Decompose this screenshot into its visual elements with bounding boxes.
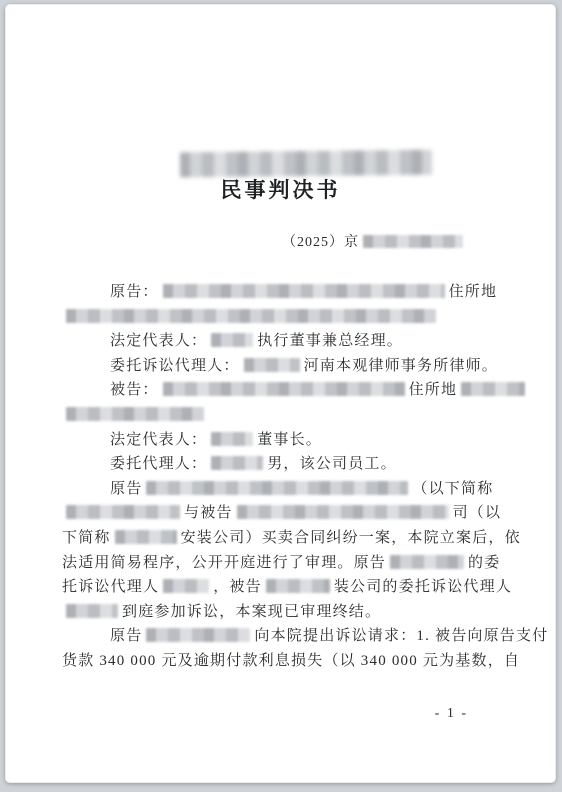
redaction-block [266,579,330,593]
body-text: 法适用简易程序，公开开庭进行了审理。原告 [62,555,386,571]
body-line: 法定代表人：执行董事兼总经理。 [62,329,522,354]
body-text: 原告 [110,628,142,644]
body-text: 货款 340 000 元及逾期付款利息损失（以 340 000 元为基数，自 [62,653,520,669]
body-text: 委托诉讼代理人： [110,358,240,374]
body-text: ，被告 [213,579,262,595]
body-text: 的委 [468,555,500,571]
document-body: 原告：住所地法定代表人：执行董事兼总经理。委托诉讼代理人：河南本观律师事务所律师… [62,280,522,674]
body-line: 到庭参加诉讼，本案现已审理终结。 [62,600,522,625]
body-text: 被告： [110,382,159,398]
body-text: 向本院提出诉讼请求：1. 被告向原告支付 [254,628,548,644]
redaction-block [211,432,253,446]
redaction-block [163,579,209,593]
body-line: 与被告司（以 [62,501,522,526]
body-line: 原告（以下简称 [62,477,522,502]
case-number-redaction [363,235,463,248]
redaction-block [146,481,408,495]
body-line: 委托诉讼代理人：河南本观律师事务所律师。 [62,354,522,379]
body-text: 原告： [110,284,159,300]
body-text: 到庭参加诉讼，本案现已审理终结。 [122,604,381,620]
redaction-block [461,382,525,396]
body-text: 法定代表人： [110,432,207,448]
body-text: 住所地 [449,284,498,300]
body-line: 下简称安装公司）买卖合同纠纷一案，本院立案后，依 [62,526,522,551]
body-line [62,305,522,330]
body-line: 原告向本院提出诉讼请求：1. 被告向原告支付 [62,624,522,649]
body-text: 原告 [110,481,142,497]
redaction-block [66,505,180,519]
body-line: 被告：住所地 [62,378,522,403]
redaction-block [66,407,204,421]
redaction-block [115,530,177,544]
case-number-line: （2025）京 [282,231,467,251]
body-text: 安装公司）买卖合同纠纷一案，本院立案后，依 [181,530,521,546]
redaction-block [66,604,118,618]
redaction-block [237,505,449,519]
body-text: 下简称 [62,530,111,546]
body-line [62,403,522,428]
redaction-block [66,309,436,323]
body-text: （以下简称 [412,481,493,497]
redaction-block [211,456,263,470]
case-number-prefix: （2025）京 [282,235,359,250]
body-text: 法定代表人： [110,333,207,349]
redaction-block [244,358,300,372]
body-line: 托诉讼代理人，被告装公司的委托诉讼代理人 [62,575,522,600]
body-text: 司（以 [453,505,502,521]
body-text: 与被告 [184,505,233,521]
body-text: 托诉讼代理人 [62,579,159,595]
body-line: 法定代表人：董事长。 [62,428,522,453]
scanned-document: 民事判决书 （2025）京 原告：住所地法定代表人：执行董事兼总经理。委托诉讼代… [0,0,562,792]
redaction-block [211,333,253,347]
body-text: 装公司的委托诉讼代理人 [334,579,512,595]
body-text: 董事长。 [257,432,322,448]
body-line: 原告：住所地 [62,280,522,305]
redaction-block [163,284,445,298]
body-line: 法适用简易程序，公开开庭进行了审理。原告的委 [62,551,522,576]
body-text: 男，该公司员工。 [267,456,397,472]
body-text: 住所地 [409,382,458,398]
page-number: - 1 - [5,706,556,722]
body-line: 委托代理人：男，该公司员工。 [62,452,522,477]
redaction-block [146,628,250,642]
body-text: 河南本观律师事务所律师。 [304,358,498,374]
document-title: 民事判决书 [5,174,556,204]
body-text: 执行董事兼总经理。 [257,333,403,349]
redaction-block [163,382,405,396]
body-text: 委托代理人： [110,456,207,472]
redaction-block [390,555,464,569]
body-line: 货款 340 000 元及逾期付款利息损失（以 340 000 元为基数，自 [62,649,522,674]
document-page: 民事判决书 （2025）京 原告：住所地法定代表人：执行董事兼总经理。委托诉讼代… [5,4,556,783]
